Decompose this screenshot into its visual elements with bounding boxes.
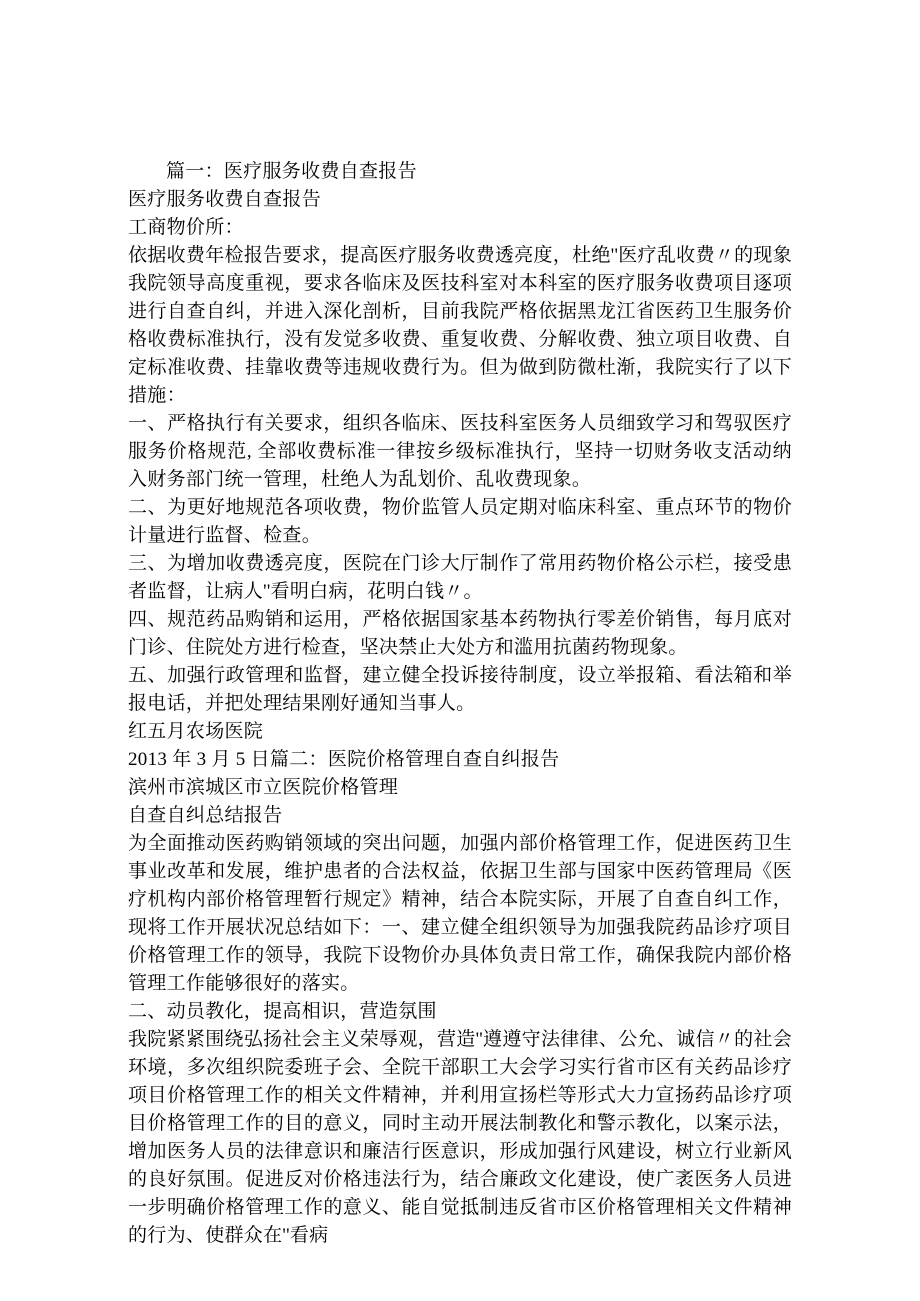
section-two-heading: 二、动员教化，提高相识，营造氛围 — [128, 998, 792, 1026]
document-page: 篇一：医疗服务收费自查报告 医疗服务收费自查报告 工商物价所： 依据收费年检报告… — [0, 0, 920, 1301]
report-title: 医疗服务收费自查报告 — [128, 186, 792, 214]
measure-item-2: 二、为更好地规范各项收费，物价监管人员定期对临床科室、重点环节的物价计量进行监督… — [128, 494, 792, 550]
document-text-block: 篇一：医疗服务收费自查报告 医疗服务收费自查报告 工商物价所： 依据收费年检报告… — [128, 158, 792, 1250]
hospital-signature: 红五月农场医院 — [128, 718, 792, 746]
hospital-name-line: 滨州市滨城区市立医院价格管理 — [128, 774, 792, 802]
salutation-line: 工商物价所： — [128, 214, 792, 242]
measure-item-5: 五、加强行政管理和监督，建立健全投诉接待制度，设立举报箱、看法箱和举报电话，并把… — [128, 662, 792, 718]
measure-item-4: 四、规范药品购销和运用，严格依据国家基本药物执行零差价销售，每月底对门诊、住院处… — [128, 606, 792, 662]
measure-item-1: 一、严格执行有关要求，组织各临床、医技科室医务人员细致学习和驾驭医疗服务价格规范… — [128, 410, 792, 494]
intro-paragraph: 依据收费年检报告要求，提高医疗服务收费透亮度，杜绝''医疗乱收费〃的现象我院领导… — [128, 242, 792, 410]
section-one-paragraph: 为全面推动医药购销领域的突出问题，加强内部价格管理工作，促进医药卫生事业改革和发… — [128, 830, 792, 998]
date-and-part-two-heading: 2013 年 3 月 5 日篇二：医院价格管理自查自纠报告 — [128, 746, 792, 774]
section-two-paragraph: 我院紧紧围绕弘扬社会主义荣辱观，营造''遵遵守法律律、公允、诚信〃的社会环境，多… — [128, 1026, 792, 1250]
measure-item-3: 三、为增加收费透亮度，医院在门诊大厅制作了常用药物价格公示栏，接受患者监督，让病… — [128, 550, 792, 606]
report-subtitle: 自查自纠总结报告 — [128, 802, 792, 830]
heading-part-one: 篇一：医疗服务收费自查报告 — [128, 158, 792, 186]
